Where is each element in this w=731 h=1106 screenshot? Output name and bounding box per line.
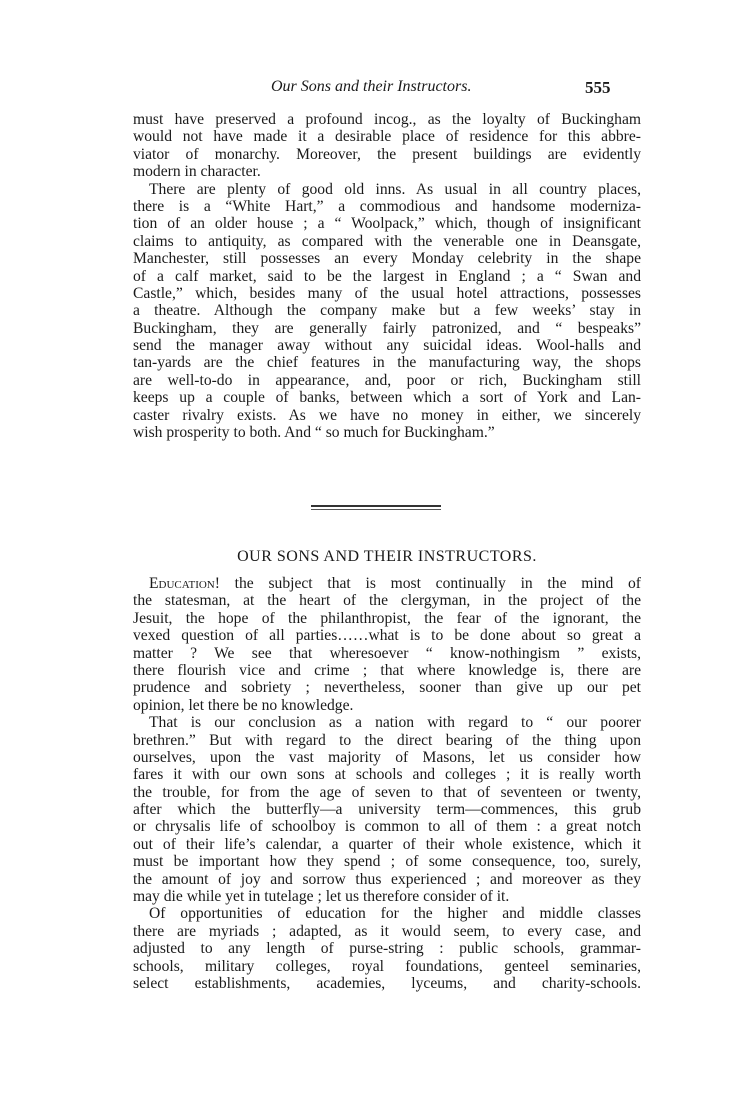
- text-line: tan-yards are the chief features in the …: [133, 354, 641, 371]
- text-line: modern in character.: [133, 163, 641, 180]
- text-line: Education! the subject that is most cont…: [133, 575, 641, 592]
- text-line: or chrysalis life of schoolboy is common…: [133, 818, 641, 835]
- text-line: Buckingham, they are generally fairly pa…: [133, 320, 641, 337]
- article-body: Education! the subject that is most cont…: [133, 575, 641, 992]
- text-line: keeps up a couple of banks, between whic…: [133, 389, 641, 406]
- text-line: prudence and sobriety ; nevertheless, so…: [133, 679, 641, 696]
- document-page: Our Sons and their Instructors. 555 must…: [0, 0, 731, 1106]
- text-line: That is our conclusion as a nation with …: [133, 714, 641, 731]
- text-line: a theatre. Although the company make but…: [133, 302, 641, 319]
- text-line: vexed question of all parties……what is t…: [133, 627, 641, 644]
- text-line-rest: ! the subject that is most continually i…: [215, 575, 641, 592]
- text-line: the amount of joy and sorrow thus experi…: [133, 871, 641, 888]
- text-line: claims to antiquity, as compared with th…: [133, 233, 641, 250]
- text-line: schools, military colleges, royal founda…: [133, 958, 641, 975]
- text-line: there is a “White Hart,” a commodious an…: [133, 198, 641, 215]
- text-line: would not have made it a desirable place…: [133, 128, 641, 145]
- text-line: opinion, let there be no knowledge.: [133, 697, 641, 714]
- text-line: There are plenty of good old inns. As us…: [133, 181, 641, 198]
- text-line: viator of monarchy. Moreover, the presen…: [133, 146, 641, 163]
- page-number: 555: [585, 78, 611, 98]
- text-line: fares it with our own sons at schools an…: [133, 766, 641, 783]
- text-line: tion of an older house ; a “ Woolpack,” …: [133, 215, 641, 232]
- text-line: there are myriads ; adapted, as it would…: [133, 923, 641, 940]
- text-line: caster rivalry exists. As we have no mon…: [133, 407, 641, 424]
- text-line: Manchester, still possesses an every Mon…: [133, 250, 641, 267]
- text-line: must have preserved a profound incog., a…: [133, 111, 641, 128]
- text-line: must be important how they spend ; of so…: [133, 853, 641, 870]
- text-line: Jesuit, the hope of the philanthropist, …: [133, 610, 641, 627]
- text-line: of a calf market, said to be the largest…: [133, 268, 641, 285]
- text-line: there flourish vice and crime ; that whe…: [133, 662, 641, 679]
- text-line: adjusted to any length of purse-string :…: [133, 940, 641, 957]
- text-line: out of their life’s calendar, a quarter …: [133, 836, 641, 853]
- article-title: OUR SONS AND THEIR INSTRUCTORS.: [133, 548, 641, 566]
- text-line: wish prosperity to both. And “ so much f…: [133, 424, 641, 441]
- text-line: the statesman, at the heart of the clerg…: [133, 592, 641, 609]
- text-line: send the manager away without any suicid…: [133, 337, 641, 354]
- text-line: may die while yet in tutelage ; let us t…: [133, 888, 641, 905]
- opening-word: Education: [149, 575, 215, 592]
- text-line: Of opportunities of education for the hi…: [133, 905, 641, 922]
- text-line: select establishments, academies, lyceum…: [133, 975, 641, 992]
- continued-text-block: must have preserved a profound incog., a…: [133, 111, 641, 441]
- text-line: after which the butterfly—a university t…: [133, 801, 641, 818]
- text-line: matter ? We see that wheresoever “ know-…: [133, 645, 641, 662]
- text-line: ourselves, upon the vast majority of Mas…: [133, 749, 641, 766]
- running-title: Our Sons and their Instructors.: [271, 78, 471, 96]
- text-line: the trouble, for from the age of seven t…: [133, 784, 641, 801]
- section-separator-rule: [311, 505, 441, 510]
- text-line: brethren.” But with regard to the direct…: [133, 732, 641, 749]
- running-header: Our Sons and their Instructors.: [133, 78, 513, 98]
- text-line: are well-to-do in appearance, and, poor …: [133, 372, 641, 389]
- text-line: Castle,” which, besides many of the usua…: [133, 285, 641, 302]
